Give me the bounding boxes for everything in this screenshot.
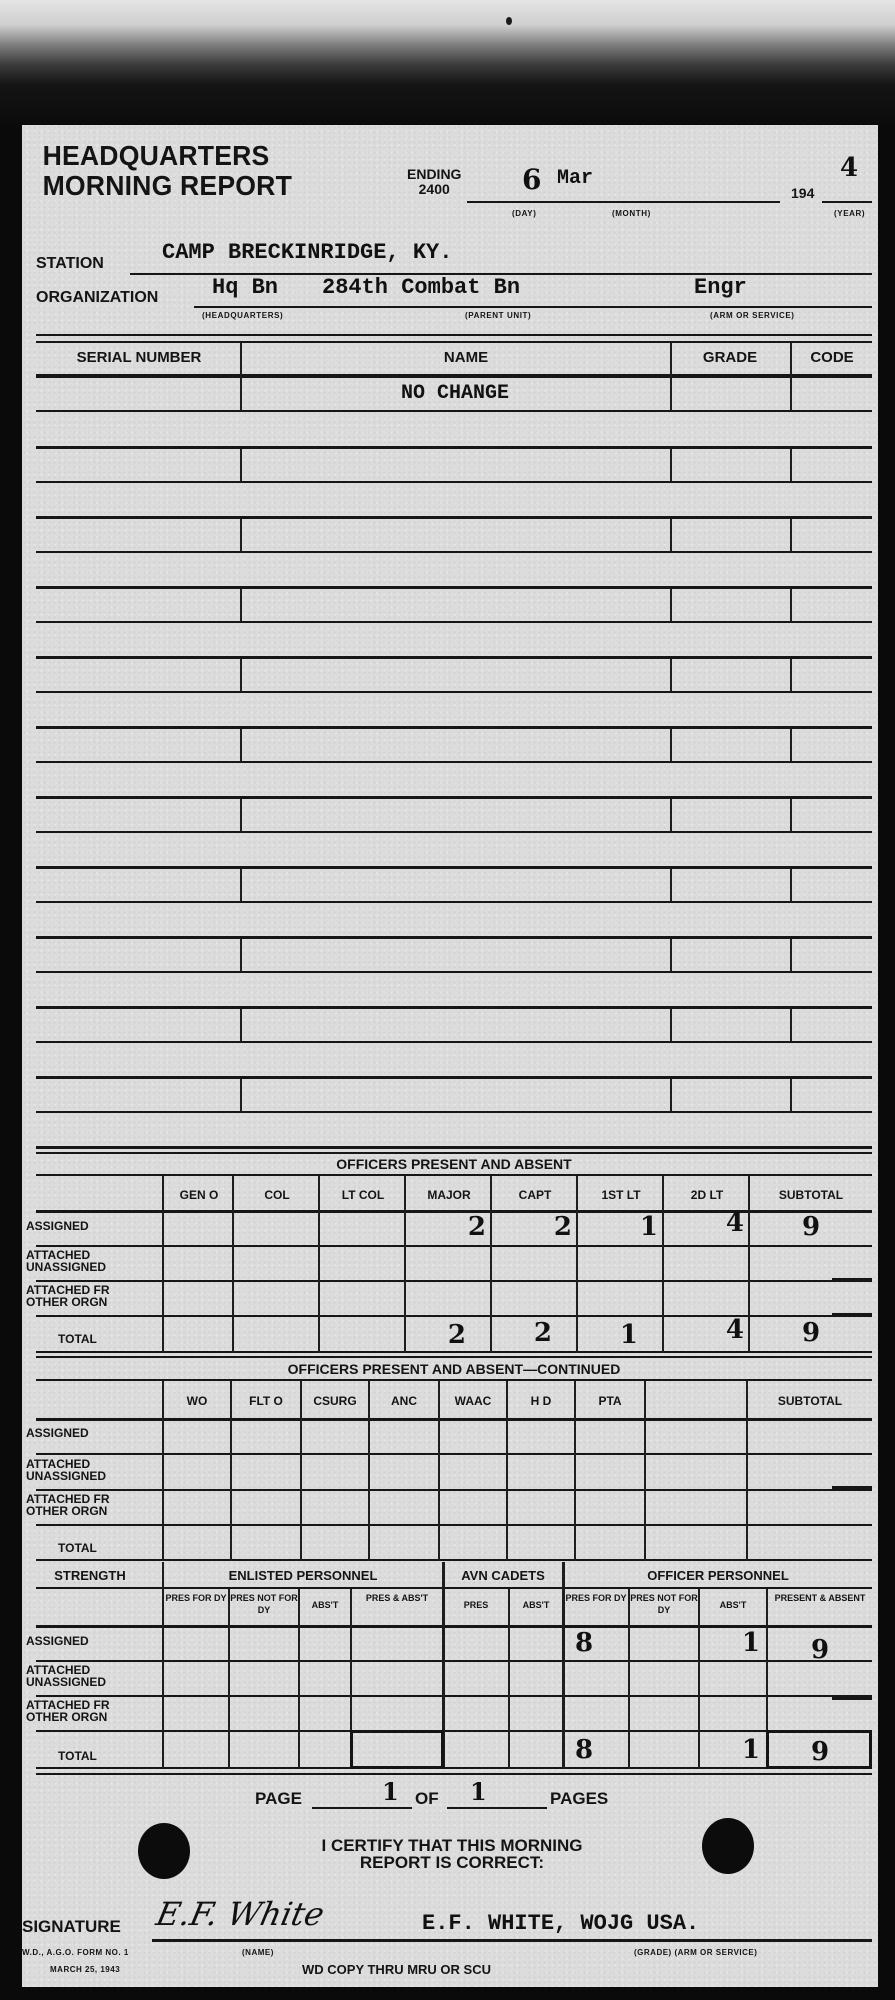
row-label-assigned: ASSIGNED bbox=[26, 1427, 89, 1439]
day-value[interactable]: 6 bbox=[522, 163, 541, 196]
roster-bottom-rule-2 bbox=[36, 1152, 872, 1154]
roster-row-rule bbox=[36, 796, 872, 799]
group-officer-personnel: OFFICER PERSONNEL bbox=[564, 1568, 872, 1583]
roster-row-rule bbox=[36, 586, 872, 589]
col-cadets-abst: ABS'T bbox=[510, 1599, 562, 1611]
form-date: MARCH 25, 1943 bbox=[50, 1965, 120, 1974]
cell-total-off-abst[interactable]: 1 bbox=[700, 1735, 760, 1765]
col-grade: GRADE bbox=[670, 349, 790, 366]
col-divider bbox=[508, 1589, 510, 1769]
organization-underline bbox=[194, 306, 872, 308]
title-line-2: MORNING REPORT bbox=[43, 171, 292, 201]
col-divider bbox=[670, 659, 672, 691]
row-label-assigned: ASSIGNED bbox=[26, 1635, 89, 1647]
row-label-attached-unassigned: ATTACHED UNASSIGNED bbox=[26, 1458, 146, 1482]
cell-total-1st-lt[interactable]: 1 bbox=[578, 1320, 638, 1350]
col-off-pres-for-dy: PRES FOR DY bbox=[564, 1592, 628, 1604]
dash-attached-unassigned-subtotal bbox=[832, 1278, 872, 1282]
row-label-attached-fr-other-orgn: ATTACHED FR OTHER ORGN bbox=[26, 1493, 146, 1517]
arm-service-caption: (ARM OR SERVICE) bbox=[710, 311, 795, 320]
header-rule-2 bbox=[36, 341, 872, 343]
col-divider bbox=[240, 799, 242, 831]
year-value[interactable]: 4 bbox=[840, 153, 858, 183]
group-enlisted-personnel: ENLISTED PERSONNEL bbox=[164, 1568, 442, 1583]
row-label-attached-fr-other-orgn: ATTACHED FR OTHER ORGN bbox=[26, 1284, 146, 1308]
col-divider bbox=[628, 1589, 630, 1769]
morning-report-form: HEADQUARTERS MORNING REPORT ENDING 2400 … bbox=[22, 125, 878, 1987]
col-divider bbox=[790, 729, 792, 761]
col-off-pres-not-for-dy: PRES NOT FOR DY bbox=[630, 1592, 698, 1616]
row-label-attached-unassigned: ATTACHED UNASSIGNED bbox=[26, 1664, 146, 1688]
roster-row-rule bbox=[36, 901, 872, 903]
certify-line-2: REPORT IS CORRECT: bbox=[242, 1854, 662, 1871]
col-divider bbox=[240, 659, 242, 691]
col-divider bbox=[506, 1381, 508, 1561]
org-headquarters-value[interactable]: Hq Bn bbox=[212, 275, 278, 300]
month-value[interactable]: Mar bbox=[557, 167, 593, 190]
col-capt: CAPT bbox=[492, 1188, 578, 1202]
cell-assigned-subtotal[interactable]: 9 bbox=[750, 1212, 872, 1242]
col-divider bbox=[670, 1009, 672, 1041]
roster-row-rule bbox=[36, 936, 872, 939]
name-caption: (NAME) bbox=[242, 1948, 274, 1957]
row-label-total: TOTAL bbox=[58, 1750, 97, 1762]
month-caption: (MONTH) bbox=[612, 209, 651, 218]
col-divider bbox=[670, 869, 672, 901]
roster-bottom-rule bbox=[36, 1146, 872, 1149]
col-divider bbox=[790, 449, 792, 481]
roster-row-rule bbox=[36, 656, 872, 659]
col-off-present-absent: PRESENT & ABSENT bbox=[768, 1592, 872, 1604]
col-divider bbox=[162, 1381, 164, 1561]
row-label-total: TOTAL bbox=[58, 1542, 97, 1554]
cell-assigned-1st-lt[interactable]: 1 bbox=[578, 1212, 658, 1242]
page-label: PAGE bbox=[255, 1789, 302, 1809]
strength-bottom-rule-2 bbox=[36, 1773, 872, 1775]
col-divider bbox=[670, 589, 672, 621]
pages-label: PAGES bbox=[550, 1789, 608, 1809]
page-number[interactable]: 1 bbox=[382, 1777, 399, 1806]
col-divider bbox=[670, 939, 672, 971]
col-1st-lt: 1ST LT bbox=[578, 1188, 664, 1202]
group-avn-cadets: AVN CADETS bbox=[444, 1568, 562, 1583]
date-underline bbox=[467, 201, 780, 203]
roster-row-rule bbox=[36, 1111, 872, 1113]
roster-row-rule bbox=[36, 446, 872, 449]
col-divider bbox=[162, 1562, 164, 1769]
cell-total-off-pres-for-dy[interactable]: 8 bbox=[564, 1735, 604, 1765]
year-caption: (YEAR) bbox=[834, 209, 865, 218]
col-divider bbox=[240, 589, 242, 621]
dash-strength-present-absent bbox=[832, 1696, 872, 1700]
headquarters-caption: (HEADQUARTERS) bbox=[202, 311, 283, 320]
cell-assigned-capt[interactable]: 2 bbox=[492, 1212, 572, 1242]
strength-label: STRENGTH bbox=[26, 1568, 154, 1583]
col-name: NAME bbox=[240, 349, 692, 366]
total-pages-underline bbox=[447, 1807, 547, 1809]
col-divider bbox=[644, 1381, 646, 1561]
cell-total-capt[interactable]: 2 bbox=[492, 1318, 552, 1348]
row-label-attached-fr-other-orgn: ATTACHED FR OTHER ORGN bbox=[26, 1699, 146, 1723]
col-divider bbox=[240, 449, 242, 481]
cell-assigned-2d-lt[interactable]: 4 bbox=[664, 1208, 744, 1238]
col-divider bbox=[300, 1381, 302, 1561]
cell-total-off-present-absent[interactable]: 9 bbox=[768, 1737, 872, 1767]
certify-text: I CERTIFY THAT THIS MORNING REPORT IS CO… bbox=[242, 1837, 662, 1871]
signature-label: SIGNATURE bbox=[22, 1917, 121, 1937]
col-divider bbox=[670, 1079, 672, 1111]
col-subtotal-continued: SUBTOTAL bbox=[748, 1394, 872, 1408]
title-line-1: HEADQUARTERS bbox=[43, 141, 292, 171]
col-divider bbox=[790, 869, 792, 901]
of-label: OF bbox=[415, 1789, 439, 1809]
col-divider bbox=[240, 1079, 242, 1111]
certify-line-1: I CERTIFY THAT THIS MORNING bbox=[242, 1837, 662, 1854]
col-divider bbox=[790, 519, 792, 551]
year-underline bbox=[822, 201, 872, 203]
col-divider bbox=[368, 1381, 370, 1561]
form-title: HEADQUARTERS MORNING REPORT bbox=[43, 141, 292, 201]
col-divider bbox=[240, 869, 242, 901]
col-divider bbox=[670, 519, 672, 551]
cell-total-major[interactable]: 2 bbox=[406, 1320, 466, 1350]
roster-row-rule bbox=[36, 831, 872, 833]
year-prefix: 194 bbox=[791, 185, 814, 201]
org-parent-unit-value[interactable]: 284th Combat Bn bbox=[322, 275, 520, 300]
col-divider bbox=[162, 1176, 164, 1353]
station-value[interactable]: CAMP BRECKINRIDGE, KY. bbox=[162, 240, 452, 265]
col-divider bbox=[790, 799, 792, 831]
punch-hole-left bbox=[138, 1823, 190, 1879]
col-divider bbox=[670, 799, 672, 831]
continued-top-rule bbox=[36, 1356, 872, 1358]
col-off-abst: ABS'T bbox=[700, 1599, 766, 1611]
signature-script[interactable]: E.F. White bbox=[153, 1895, 328, 1933]
col-divider bbox=[790, 1079, 792, 1111]
cell-total-2d-lt[interactable]: 4 bbox=[664, 1315, 744, 1345]
col-divider bbox=[298, 1589, 300, 1769]
roster-header-rule bbox=[36, 374, 872, 378]
org-arm-service-value[interactable]: Engr bbox=[694, 275, 747, 300]
col-csurg: CSURG bbox=[302, 1394, 368, 1408]
punch-hole-right bbox=[702, 1818, 754, 1874]
dash-continued-subtotal bbox=[832, 1486, 872, 1490]
cell-assigned-off-pres-for-dy[interactable]: 8 bbox=[564, 1628, 604, 1658]
col-divider bbox=[670, 449, 672, 481]
col-divider bbox=[790, 589, 792, 621]
dash-attached-fr-subtotal bbox=[832, 1313, 872, 1317]
roster-row-rule bbox=[36, 761, 872, 763]
station-label: STATION bbox=[36, 255, 104, 273]
col-divider bbox=[574, 1381, 576, 1561]
roster-row-rule bbox=[36, 1041, 872, 1043]
cell-assigned-off-abst[interactable]: 1 bbox=[700, 1628, 760, 1658]
ending-label: ENDING 2400 bbox=[407, 167, 461, 197]
col-divider bbox=[746, 1381, 748, 1561]
roster-row-rule bbox=[36, 516, 872, 519]
col-gen-o: GEN O bbox=[164, 1188, 234, 1202]
col-divider bbox=[240, 343, 242, 411]
roster-row-rule bbox=[36, 1076, 872, 1079]
roster-row-rule bbox=[36, 410, 872, 412]
col-divider bbox=[230, 1381, 232, 1561]
col-subtotal: SUBTOTAL bbox=[750, 1188, 872, 1202]
roster-row-rule bbox=[36, 1006, 872, 1009]
roster-row-rule bbox=[36, 866, 872, 869]
organization-label: ORGANIZATION bbox=[36, 289, 158, 307]
col-h-d: H D bbox=[508, 1394, 574, 1408]
col-divider bbox=[670, 729, 672, 761]
col-enl-pres-abst: PRES & ABS'T bbox=[352, 1592, 442, 1604]
col-major: MAJOR bbox=[406, 1188, 492, 1202]
roster-row-rule bbox=[36, 691, 872, 693]
col-divider bbox=[438, 1381, 440, 1561]
continued-section-title: OFFICERS PRESENT AND ABSENT—CONTINUED bbox=[36, 1361, 872, 1377]
col-wo: WO bbox=[164, 1394, 230, 1408]
form-number: W.D., A.G.O. FORM NO. 1 bbox=[22, 1948, 129, 1957]
scan-speck bbox=[506, 17, 512, 25]
col-divider bbox=[790, 939, 792, 971]
roster-entry-name[interactable]: NO CHANGE bbox=[240, 382, 670, 405]
roster-row-rule bbox=[36, 551, 872, 553]
row-label-attached-unassigned: ATTACHED UNASSIGNED bbox=[26, 1249, 146, 1273]
roster-row-rule bbox=[36, 726, 872, 729]
ending-label-1: ENDING bbox=[407, 167, 461, 182]
signature-underline bbox=[152, 1939, 872, 1942]
col-serial-number: SERIAL NUMBER bbox=[30, 349, 248, 366]
col-lt-col: LT COL bbox=[320, 1188, 406, 1202]
parent-unit-caption: (PARENT UNIT) bbox=[465, 311, 531, 320]
col-cadets-pres: PRES bbox=[444, 1599, 508, 1611]
page-underline bbox=[312, 1807, 412, 1809]
cell-assigned-off-present-absent[interactable]: 9 bbox=[768, 1635, 872, 1665]
officers-section-title: OFFICERS PRESENT AND ABSENT bbox=[36, 1156, 872, 1172]
col-enl-abst: ABS'T bbox=[300, 1599, 350, 1611]
total-pages[interactable]: 1 bbox=[470, 1777, 487, 1806]
cell-total-subtotal[interactable]: 9 bbox=[750, 1318, 872, 1348]
roster-row-rule bbox=[36, 481, 872, 483]
row-label-assigned: ASSIGNED bbox=[26, 1220, 89, 1232]
col-divider bbox=[670, 343, 672, 411]
col-divider bbox=[240, 939, 242, 971]
col-divider bbox=[790, 659, 792, 691]
col-divider bbox=[240, 1009, 242, 1041]
col-pta: PTA bbox=[576, 1394, 644, 1408]
ending-label-2: 2400 bbox=[407, 182, 461, 197]
cell-assigned-major[interactable]: 2 bbox=[406, 1212, 486, 1242]
copy-note: WD COPY THRU MRU OR SCU bbox=[302, 1962, 491, 1977]
col-divider bbox=[318, 1176, 320, 1353]
col-waac: WAAC bbox=[440, 1394, 506, 1408]
col-divider bbox=[240, 729, 242, 761]
col-enl-pres-for-dy: PRES FOR DY bbox=[164, 1592, 228, 1604]
roster-row-rule bbox=[36, 971, 872, 973]
col-col: COL bbox=[234, 1188, 320, 1202]
day-caption: (DAY) bbox=[512, 209, 536, 218]
header-rule-1 bbox=[36, 334, 872, 336]
col-enl-pres-not-for-dy: PRES NOT FOR DY bbox=[230, 1592, 298, 1616]
signature-typed[interactable]: E.F. WHITE, WOJG USA. bbox=[422, 1911, 699, 1936]
col-divider bbox=[790, 343, 792, 411]
grade-caption: (GRADE) (ARM OR SERVICE) bbox=[634, 1948, 757, 1957]
roster-row-rule bbox=[36, 621, 872, 623]
row-label-total: TOTAL bbox=[58, 1333, 97, 1345]
col-divider bbox=[790, 1009, 792, 1041]
col-divider bbox=[228, 1589, 230, 1769]
enl-pres-abst-total-box bbox=[350, 1730, 444, 1769]
col-divider bbox=[232, 1176, 234, 1353]
col-anc: ANC bbox=[370, 1394, 438, 1408]
col-flt-o: FLT O bbox=[232, 1394, 300, 1408]
col-divider bbox=[240, 519, 242, 551]
col-2d-lt: 2D LT bbox=[664, 1188, 750, 1202]
col-code: CODE bbox=[790, 349, 874, 366]
